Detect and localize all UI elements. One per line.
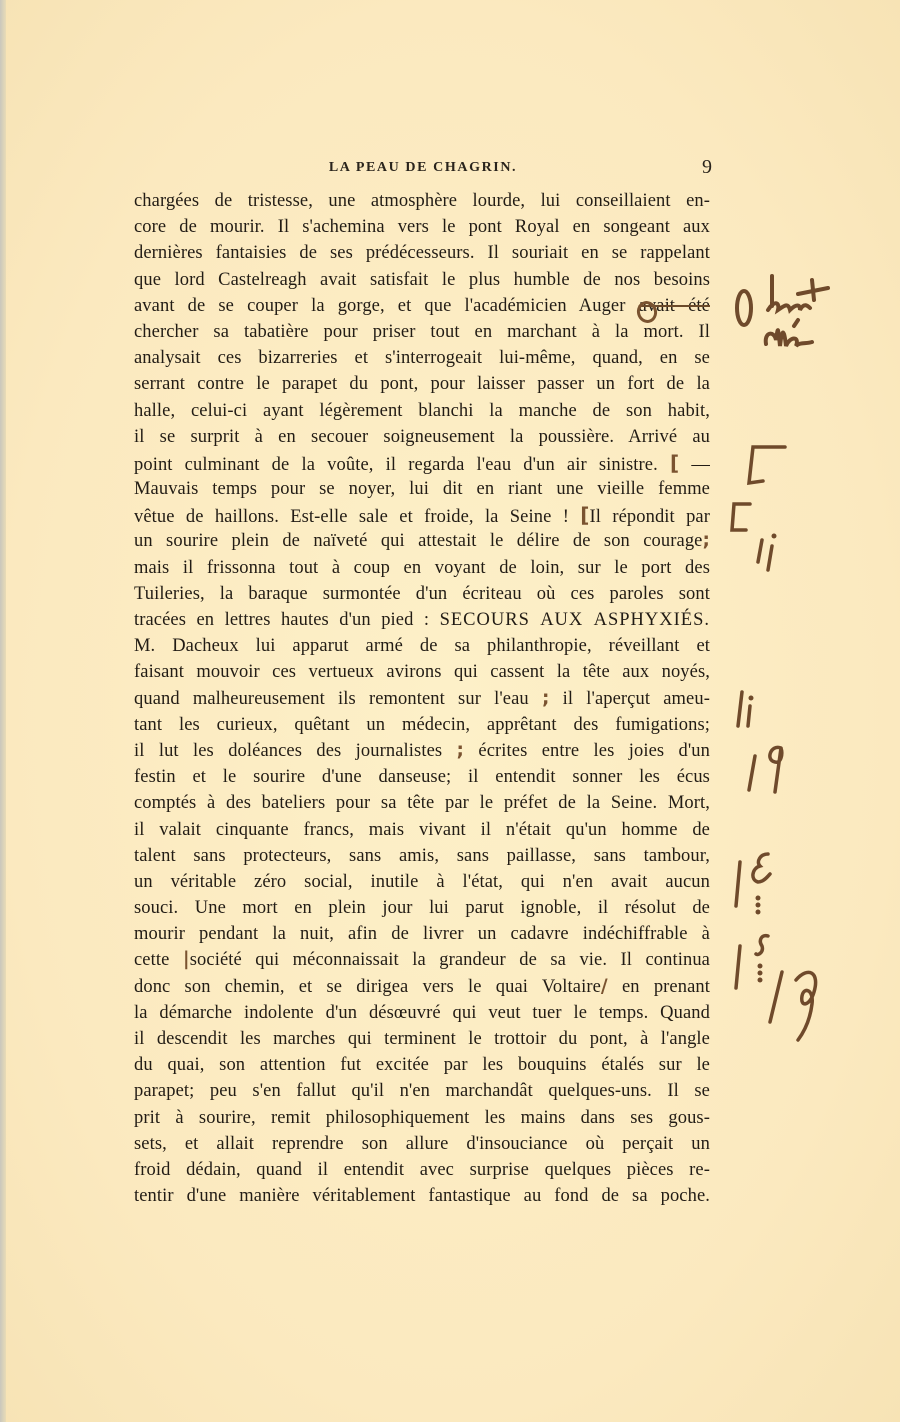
text-line: cette |société qui méconnaissait la gran… xyxy=(134,947,710,973)
text-line: vêtue de haillons. Est-elle sale et froi… xyxy=(134,502,710,528)
text-line: serrant contre le parapet du pont, pour … xyxy=(134,371,710,397)
text-line: avant de se couper la gorge, et que l'ac… xyxy=(134,293,710,319)
struck-text-correction: avait été xyxy=(639,296,710,316)
page-header: LA PEAU DE CHAGRIN. 9 xyxy=(134,158,712,182)
sign-text: SECOURS AUX ASPHYXIÉS. xyxy=(440,610,710,630)
text-line: parapet; peu s'en fallut qu'il n'en marc… xyxy=(134,1078,710,1104)
running-title: LA PEAU DE CHAGRIN. xyxy=(134,160,712,176)
text-line: core de mourir. Il s'achemina vers le po… xyxy=(134,214,710,240)
bracket-mark-icon: [ xyxy=(580,502,589,528)
text-line: sets, et allait reprendre son allure d'i… xyxy=(134,1131,710,1157)
text-line: tracées en lettres hautes d'un pied : SE… xyxy=(134,607,710,633)
text-segment: vêtue de haillons. Est-elle sale et froi… xyxy=(134,507,569,527)
text-line: du quai, son attention fut excitée par l… xyxy=(134,1052,710,1078)
page-edge xyxy=(0,0,6,1422)
text-line: M. Dacheux lui apparut armé de sa philan… xyxy=(134,633,710,659)
text-segment: il l'aperçut ameu- xyxy=(563,689,710,709)
em-dash: — xyxy=(691,455,710,475)
text-line: prit à sourire, remit philosophiquement … xyxy=(134,1105,710,1131)
text-line: que lord Castelreagh avait satisfait le … xyxy=(134,267,710,293)
text-segment: un sourire plein de naïveté qui attestai… xyxy=(134,531,703,551)
text-line: festin et le sourire d'une danseuse; il … xyxy=(134,764,710,790)
capital-correction-text: état, qui n'en avait aucun xyxy=(471,872,710,892)
text-segment: donc son chemin, et se dirigea vers le q… xyxy=(134,977,601,997)
text-line: halle, celui-ci ayant légèrement blanchi… xyxy=(134,398,710,424)
semicolon-mark-icon: ; xyxy=(542,686,550,712)
text-line: il valait cinquante francs, mais vivant … xyxy=(134,817,710,843)
text-line: point culminant de la voûte, il regarda … xyxy=(134,450,710,476)
text-segment: tracées en lettres hautes d'un pied : xyxy=(134,610,429,630)
margin-capital-e-mark xyxy=(730,848,780,928)
text-line: Mauvais temps pour se noyer, lui dit en … xyxy=(134,476,710,502)
text-line: donc son chemin, et se dirigea vers le q… xyxy=(134,974,710,1000)
text-segment: Il répondit par xyxy=(590,507,710,527)
text-line: comptés à des bateliers pour sa tête par… xyxy=(134,790,710,816)
margin-bracket-mark xyxy=(745,443,795,493)
text-line: faisant mouvoir ces vertueux avirons qui… xyxy=(134,659,710,685)
text-line: un véritable zéro social, inutile à l'ét… xyxy=(134,869,710,895)
text-line: il se surprit à en secouer soigneusement… xyxy=(134,424,710,450)
body-text: chargées de tristesse, une atmosphère lo… xyxy=(134,188,710,1209)
margin-delete-mark xyxy=(745,736,795,796)
text-line: mais il frissonna tout à coup en voyant … xyxy=(134,555,710,581)
text-line: mourir pendant la nuit, afin de livrer u… xyxy=(134,921,710,947)
text-segment: il lut les doléances des journalistes xyxy=(134,741,442,761)
margin-bracket-semicolon-mark xyxy=(728,500,788,575)
text-line: Tuileries, la baraque surmontée d'un écr… xyxy=(134,581,710,607)
margin-correction-etait-alle xyxy=(728,266,888,356)
margin-semicolon-mark xyxy=(728,686,768,731)
page-number: 9 xyxy=(702,156,712,179)
semicolon-mark-icon: ; xyxy=(457,738,465,764)
text-line: il lut les doléances des journalistes ; … xyxy=(134,738,710,764)
book-page: LA PEAU DE CHAGRIN. 9 chargées de triste… xyxy=(0,0,900,1422)
text-line: talent sans protecteurs, sans amis, sans… xyxy=(134,843,710,869)
text-line: tentir d'une manière véritablement fanta… xyxy=(134,1183,710,1209)
text-line: chargées de tristesse, une atmosphère lo… xyxy=(134,188,710,214)
bar-mark-icon: | xyxy=(183,947,190,973)
margin-s-delete-mark xyxy=(730,932,830,1042)
text-line: analysait ces bizarreries et s'interroge… xyxy=(134,345,710,371)
text-line: tant les curieux, quêtant un médecin, ap… xyxy=(134,712,710,738)
text-segment: écrites entre les joies d'un xyxy=(478,741,710,761)
text-line: quand malheureusement ils remontent sur … xyxy=(134,686,710,712)
text-line: il descendit les marches qui terminent l… xyxy=(134,1026,710,1052)
text-line: souci. Une mort en plein jour lui parut … xyxy=(134,895,710,921)
bracket-mark-icon: [ xyxy=(670,450,679,476)
text-segment: quand malheureusement ils remontent sur … xyxy=(134,689,529,709)
text-segment: cette xyxy=(134,950,169,970)
slash-mark-icon: / xyxy=(601,974,608,1000)
text-line: froid dédain, quand il entendit avec sur… xyxy=(134,1157,710,1183)
text-segment: société qui méconnaissait la grandeur de… xyxy=(190,950,710,970)
text-line: la démarche indolente d'un désœuvré qui … xyxy=(134,1000,710,1026)
text-line: un sourire plein de naïveté qui attestai… xyxy=(134,528,710,554)
text-segment: un véritable zéro social, inutile à l' xyxy=(134,872,471,892)
text-segment: avant de se couper la gorge, et que l'ac… xyxy=(134,296,626,316)
text-line: dernières fantaisies de ses prédécesseur… xyxy=(134,240,710,266)
text-segment: point culminant de la voûte, il regarda … xyxy=(134,455,658,475)
semicolon-mark-icon: ; xyxy=(703,528,711,554)
text-line: chercher sa tabatière pour priser tout e… xyxy=(134,319,710,345)
text-segment: en prenant xyxy=(622,977,710,997)
